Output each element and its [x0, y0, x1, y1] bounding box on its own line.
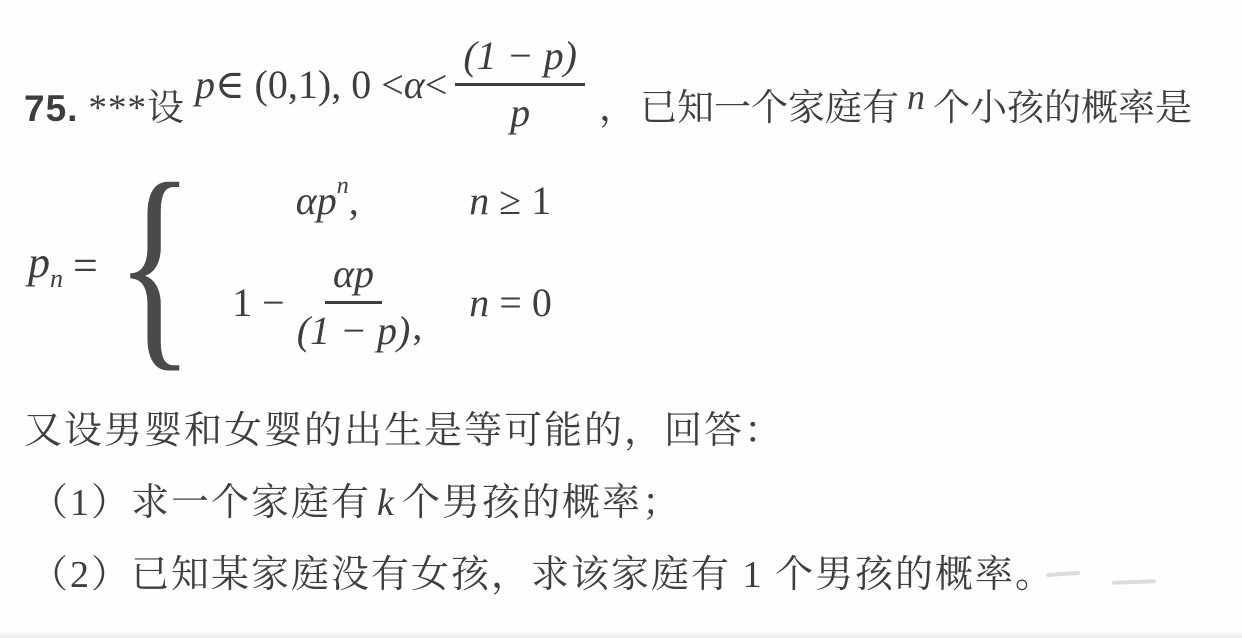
fraction-denominator: p: [510, 86, 530, 135]
q1-text-after-k: 个男孩的概率；: [402, 482, 682, 524]
case1-alpha-p: αp: [296, 177, 337, 224]
question-2: （2）已知某家庭没有女孩，求该家庭有 1 个男孩的概率。: [30, 543, 1242, 598]
membership-interval: ∈ (0,1), 0 <: [215, 61, 404, 109]
case2-one-minus: 1 −: [232, 279, 285, 326]
piecewise-cases: αpn, n ≥ 1 1 − αp (1 − p) , n = 0: [201, 177, 552, 353]
text-after-n: 个小孩的概率是: [933, 87, 1192, 131]
case1-condition: n ≥ 1: [469, 177, 551, 224]
var-n: n: [907, 76, 925, 119]
case2-fraction: αp (1 − p): [297, 252, 411, 353]
q1-label: （1）: [30, 482, 131, 524]
case1-exponent-n: n: [337, 173, 349, 200]
lhs-var-p: p: [28, 238, 50, 287]
q1-text-before-k: 求一个家庭有: [131, 482, 371, 524]
case2-cond-var: n: [469, 280, 489, 325]
case1-cond-rest: ≥ 1: [489, 178, 551, 223]
q2-text: 已知某家庭没有女孩，求该家庭有 1 个男孩的概率。: [131, 554, 1055, 596]
case1-cond-var: n: [469, 178, 489, 223]
var-p: p: [195, 61, 215, 109]
case2-condition: n = 0: [469, 279, 552, 326]
case-n-ge-1: αpn, n ≥ 1: [201, 177, 552, 224]
q1-var-k: k: [377, 482, 396, 524]
fraction-numerator: (1 − p): [455, 34, 585, 86]
equation-lhs: pn: [28, 237, 63, 294]
question-1: （1）求一个家庭有k个男孩的概率；: [30, 471, 1242, 526]
difficulty-stars-and-verb: ***设: [88, 87, 185, 131]
case1-expression: αpn,: [201, 177, 453, 224]
case1-comma: ,: [349, 177, 359, 224]
lhs-subscript-n: n: [50, 264, 63, 293]
q2-label: （2）: [30, 554, 131, 596]
case-n-eq-0: 1 − αp (1 − p) , n = 0: [201, 252, 552, 353]
var-alpha: α: [404, 61, 425, 109]
comma: ，: [599, 87, 636, 131]
curly-brace: {: [115, 160, 194, 370]
text-before-n: 已知一个家庭有: [640, 87, 899, 131]
assumption-sentence: 又设男婴和女婴的出生是等可能的，回答：: [24, 399, 1242, 454]
case2-expression: 1 − αp (1 − p) ,: [201, 252, 453, 353]
case2-comma: ,: [412, 302, 422, 349]
piecewise-equation-block: pn = { αpn, n ≥ 1 1 − αp (1 − p) , n =: [28, 155, 1242, 375]
problem-header-line: 75. ***设 p ∈ (0,1), 0 < α < (1 − p) p ， …: [0, 0, 1242, 131]
scanned-math-problem-page: 75. ***设 p ∈ (0,1), 0 < α < (1 − p) p ， …: [0, 0, 1242, 638]
scan-edge-shade: [0, 630, 1242, 638]
equals-sign: =: [73, 240, 98, 291]
parameter-condition-formula: p ∈ (0,1), 0 < α < (1 − p) p: [195, 34, 585, 135]
fraction-one-minus-p-over-p: (1 − p) p: [455, 34, 585, 135]
case2-cond-rest: = 0: [489, 280, 552, 325]
problem-number: 75.: [24, 87, 78, 131]
case2-fraction-denominator: (1 − p): [297, 304, 411, 353]
case2-fraction-numerator: αp: [325, 252, 382, 304]
less-than-sign: <: [425, 61, 448, 109]
